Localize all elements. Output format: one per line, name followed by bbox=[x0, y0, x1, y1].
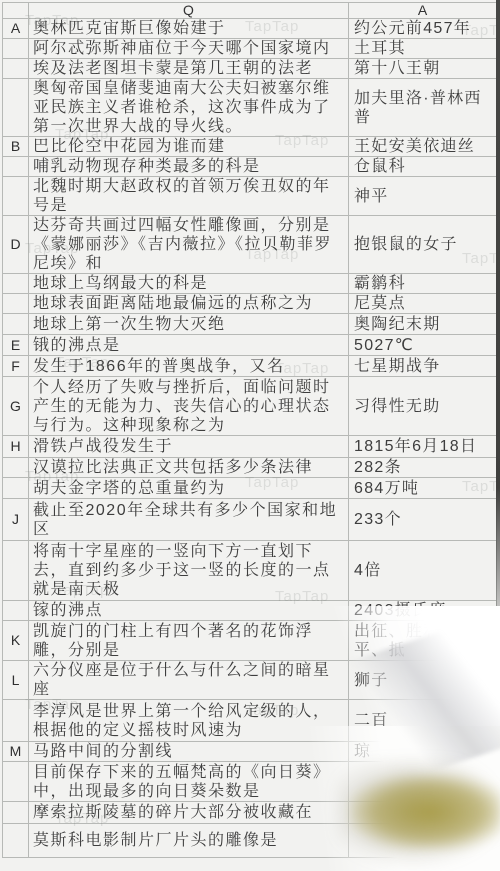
photo-dark-edge bbox=[496, 0, 500, 650]
answer-cell: 七星期战争 bbox=[349, 356, 497, 377]
row-letter bbox=[3, 700, 29, 742]
answer-cell: 约公元前457年 bbox=[349, 19, 497, 39]
question-cell: 截止至2020年全球共有多少个国家和地区 bbox=[29, 499, 349, 541]
question-cell: 地球表面距离陆地最偏远的点称之为 bbox=[29, 294, 349, 314]
table-row: G 个人经历了失败与挫折后，面临问题时产生的无能为力、丧失信心的心理状态与行为。… bbox=[3, 377, 497, 436]
row-letter: A bbox=[3, 19, 29, 39]
table-row: 地球上第一次生物大灭绝 奥陶纪末期 bbox=[3, 314, 497, 335]
question-cell: 地球上第一次生物大灭绝 bbox=[29, 314, 349, 335]
row-letter bbox=[3, 177, 29, 216]
question-cell: 地球上鸟纲最大的科是 bbox=[29, 274, 349, 294]
row-letter bbox=[3, 802, 29, 824]
row-letter bbox=[3, 79, 29, 137]
table-row: 哺乳动物现存种类最多的科是 仓鼠科 bbox=[3, 157, 497, 177]
row-letter: G bbox=[3, 377, 29, 436]
answer-cell: 抱银鼠的女子 bbox=[349, 216, 497, 274]
answer-cell: 奥陶纪末期 bbox=[349, 314, 497, 335]
table-header-row: Q A bbox=[3, 3, 497, 19]
question-cell: 埃及法老图坦卡蒙是第几王朝的法老 bbox=[29, 59, 349, 79]
table-row: D 达芬奇共画过四幅女性雕像画，分别是《蒙娜丽莎》《吉内薇拉》《拉贝勒菲罗尼埃》… bbox=[3, 216, 497, 274]
answer-cell: 霸鹟科 bbox=[349, 274, 497, 294]
table-row: 地球上鸟纲最大的科是 霸鹟科 bbox=[3, 274, 497, 294]
row-letter bbox=[3, 294, 29, 314]
table-row: H 滑铁卢战役发生于 1815年6月18日 bbox=[3, 436, 497, 458]
letter-column-header bbox=[3, 3, 29, 19]
question-cell: 奥匈帝国皇储斐迪南大公夫妇被塞尔维亚民族主义者谁枪杀，这次事件成为了第一次世界大… bbox=[29, 79, 349, 137]
question-column-header: Q bbox=[29, 3, 349, 19]
table-row: 将南十字星座的一竖向下方一直划下去，直到约多少于这一竖的长度的一点就是南天极 4… bbox=[3, 541, 497, 601]
table-row: J 截止至2020年全球共有多少个国家和地区 233个 bbox=[3, 499, 497, 541]
table-row: 奥匈帝国皇储斐迪南大公夫妇被塞尔维亚民族主义者谁枪杀，这次事件成为了第一次世界大… bbox=[3, 79, 497, 137]
question-cell: 个人经历了失败与挫折后，面临问题时产生的无能为力、丧失信心的心理状态与行为。这种… bbox=[29, 377, 349, 436]
question-cell: 北魏时期大赵政权的首领万俟丑奴的年号是 bbox=[29, 177, 349, 216]
screenshot-stage: Q A A 奥林匹克宙斯巨像始建于 约公元前457年 阿尔忒弥斯神庙位于今天哪个… bbox=[0, 0, 500, 871]
table-row: B 巴比伦空中花园为谁而建 王妃安美依迪丝 bbox=[3, 137, 497, 157]
row-letter: M bbox=[3, 742, 29, 762]
row-letter bbox=[3, 762, 29, 802]
question-cell: 胡夫金字塔的总重量约为 bbox=[29, 478, 349, 499]
answer-column-header: A bbox=[349, 3, 497, 19]
table-row: A 奥林匹克宙斯巨像始建于 约公元前457年 bbox=[3, 19, 497, 39]
question-cell: 镓的沸点 bbox=[29, 601, 349, 621]
question-cell: 哺乳动物现存种类最多的科是 bbox=[29, 157, 349, 177]
question-cell: 发生于1866年的普奥战争，又名 bbox=[29, 356, 349, 377]
row-letter: E bbox=[3, 335, 29, 356]
question-cell: 巴比伦空中花园为谁而建 bbox=[29, 137, 349, 157]
question-cell: 达芬奇共画过四幅女性雕像画，分别是《蒙娜丽莎》《吉内薇拉》《拉贝勒菲罗尼埃》和 bbox=[29, 216, 349, 274]
row-letter bbox=[3, 541, 29, 601]
row-letter bbox=[3, 39, 29, 59]
answer-cell: 王妃安美依迪丝 bbox=[349, 137, 497, 157]
table-row: 阿尔忒弥斯神庙位于今天哪个国家境内 土耳其 bbox=[3, 39, 497, 59]
table-row: F 发生于1866年的普奥战争，又名 七星期战争 bbox=[3, 356, 497, 377]
table-row: 汉谟拉比法典正文共包括多少条法律 282条 bbox=[3, 458, 497, 478]
row-letter: L bbox=[3, 661, 29, 700]
answer-cell: 尼莫点 bbox=[349, 294, 497, 314]
row-letter: B bbox=[3, 137, 29, 157]
row-letter: F bbox=[3, 356, 29, 377]
table-row: 北魏时期大赵政权的首领万俟丑奴的年号是 神平 bbox=[3, 177, 497, 216]
table-row: E 锇的沸点是 5027℃ bbox=[3, 335, 497, 356]
row-letter: J bbox=[3, 499, 29, 541]
answer-cell: 282条 bbox=[349, 458, 497, 478]
answer-cell: 5027℃ bbox=[349, 335, 497, 356]
row-letter bbox=[3, 314, 29, 335]
answer-cell: 4倍 bbox=[349, 541, 497, 601]
question-cell: 奥林匹克宙斯巨像始建于 bbox=[29, 19, 349, 39]
question-cell: 将南十字星座的一竖向下方一直划下去，直到约多少于这一竖的长度的一点就是南天极 bbox=[29, 541, 349, 601]
row-letter: D bbox=[3, 216, 29, 274]
answer-cell: 土耳其 bbox=[349, 39, 497, 59]
row-letter bbox=[3, 824, 29, 858]
question-cell: 凯旋门的门柱上有四个著名的花饰浮雕，分别是 bbox=[29, 621, 349, 661]
question-cell: 汉谟拉比法典正文共包括多少条法律 bbox=[29, 458, 349, 478]
answer-cell: 1815年6月18日 bbox=[349, 436, 497, 458]
answer-cell: 仓鼠科 bbox=[349, 157, 497, 177]
row-letter bbox=[3, 59, 29, 79]
row-letter bbox=[3, 601, 29, 621]
blurred-object bbox=[350, 774, 500, 850]
question-cell: 锇的沸点是 bbox=[29, 335, 349, 356]
question-cell: 滑铁卢战役发生于 bbox=[29, 436, 349, 458]
answer-cell: 第十八王朝 bbox=[349, 59, 497, 79]
answer-cell: 神平 bbox=[349, 177, 497, 216]
row-letter: H bbox=[3, 436, 29, 458]
row-letter bbox=[3, 157, 29, 177]
answer-cell: 684万吨 bbox=[349, 478, 497, 499]
table-row: 埃及法老图坦卡蒙是第几王朝的法老 第十八王朝 bbox=[3, 59, 497, 79]
question-cell: 六分仪座是位于什么与什么之间的暗星座 bbox=[29, 661, 349, 700]
answer-cell: 233个 bbox=[349, 499, 497, 541]
table-row: 地球表面距离陆地最偏远的点称之为 尼莫点 bbox=[3, 294, 497, 314]
row-letter bbox=[3, 274, 29, 294]
answer-cell: 加夫里洛·普林西普 bbox=[349, 79, 497, 137]
table-row: 胡夫金字塔的总重量约为 684万吨 bbox=[3, 478, 497, 499]
row-letter: K bbox=[3, 621, 29, 661]
question-cell: 阿尔忒弥斯神庙位于今天哪个国家境内 bbox=[29, 39, 349, 59]
row-letter bbox=[3, 458, 29, 478]
row-letter bbox=[3, 478, 29, 499]
answer-cell: 习得性无助 bbox=[349, 377, 497, 436]
